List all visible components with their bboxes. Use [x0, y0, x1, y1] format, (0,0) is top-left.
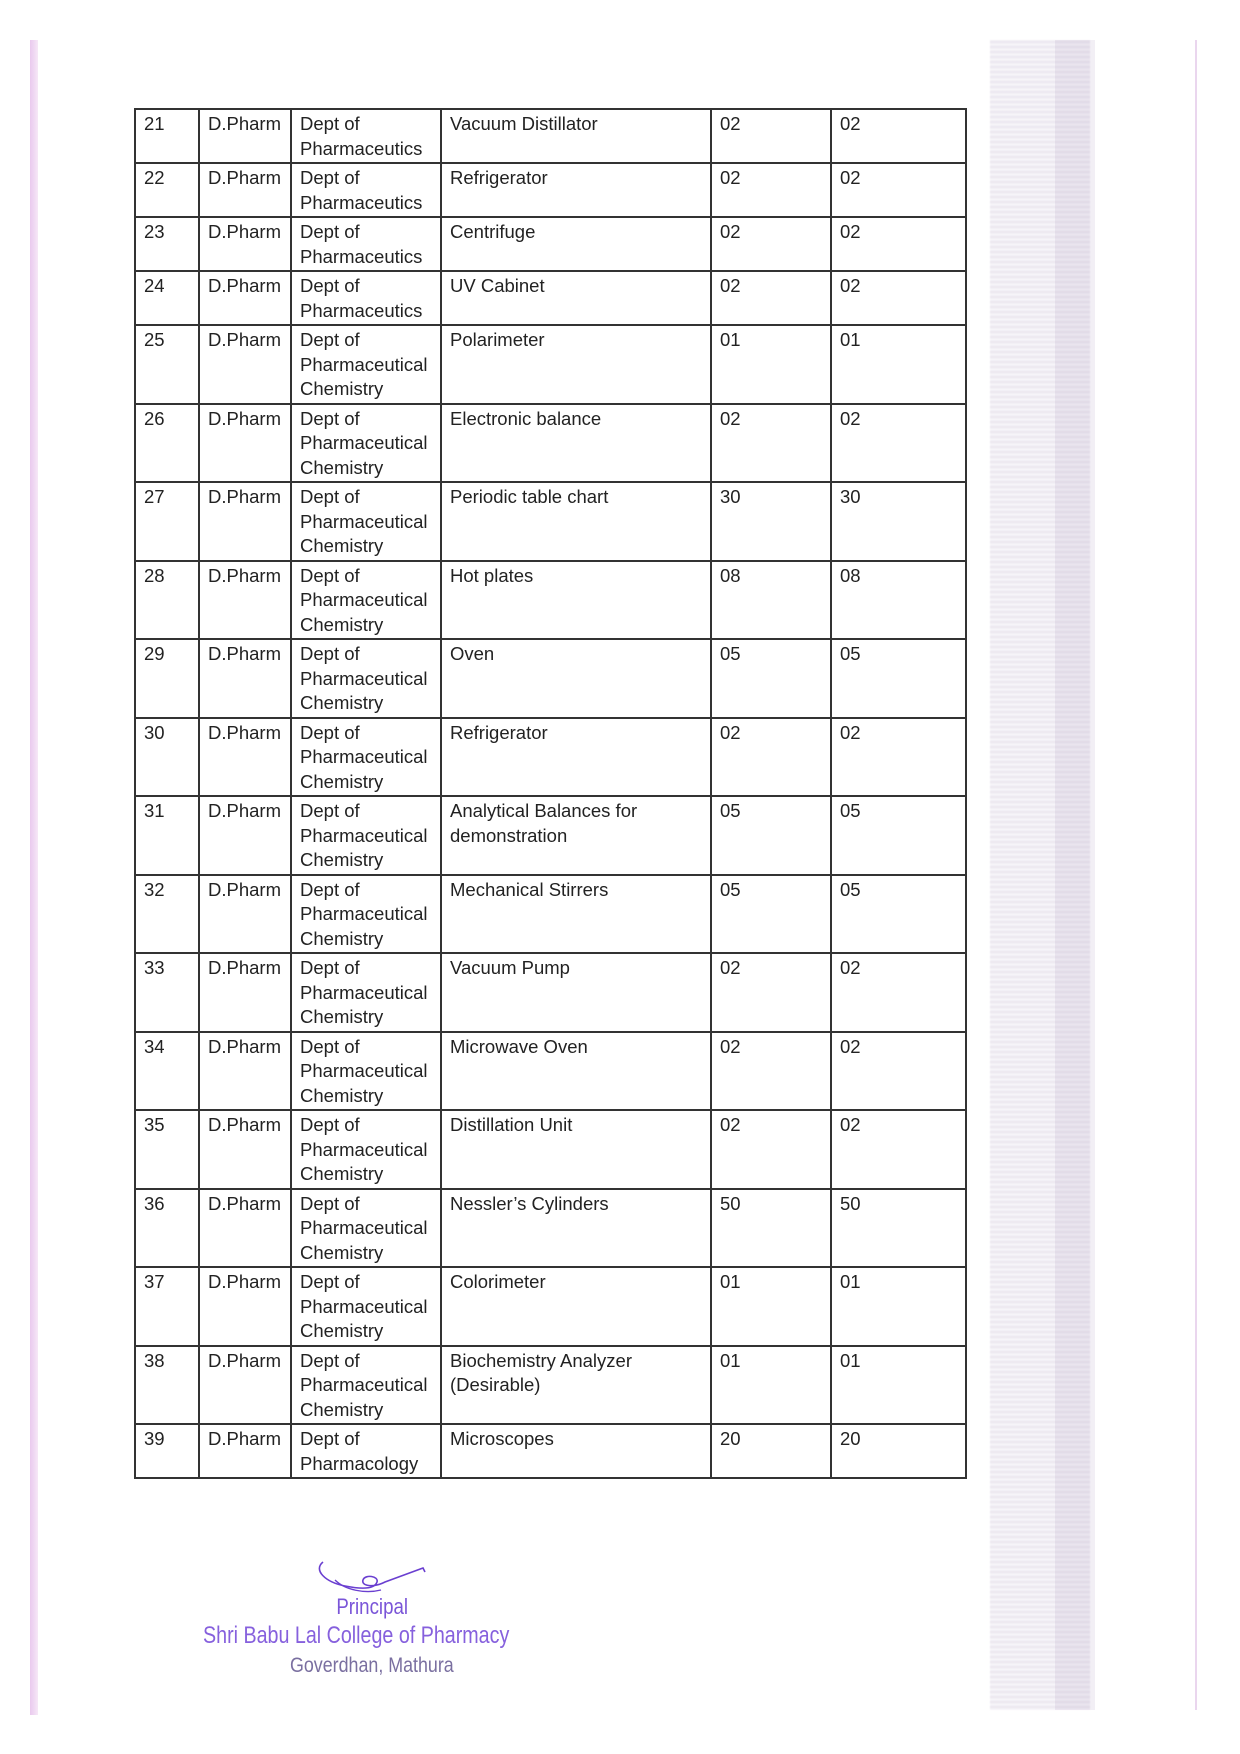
- cell-serial-no: 34: [135, 1032, 199, 1111]
- table-row: 28D.PharmDept ofPharmaceuticalChemistryH…: [135, 561, 966, 640]
- cell-course: D.Pharm: [199, 875, 291, 954]
- cell-department: Dept ofPharmacology: [291, 1424, 441, 1478]
- cell-equipment-name-text: demonstration: [450, 824, 702, 849]
- cell-equipment-name-text: Electronic balance: [450, 407, 702, 432]
- cell-available-qty-text: 02: [840, 1035, 957, 1060]
- cell-department-text: Pharmaceutical: [300, 902, 432, 927]
- cell-serial-no-text: 21: [144, 112, 190, 137]
- cell-required-qty: 20: [711, 1424, 831, 1478]
- cell-equipment-name-text: Microscopes: [450, 1427, 702, 1452]
- cell-equipment-name: Mechanical Stirrers: [441, 875, 711, 954]
- cell-department: Dept ofPharmaceuticalChemistry: [291, 325, 441, 404]
- scan-page-edge-left: [30, 40, 38, 1715]
- cell-department-text: Dept of: [300, 166, 432, 191]
- cell-department: Dept ofPharmaceutics: [291, 217, 441, 271]
- cell-course: D.Pharm: [199, 1032, 291, 1111]
- cell-course: D.Pharm: [199, 639, 291, 718]
- cell-course: D.Pharm: [199, 718, 291, 797]
- cell-required-qty-text: 05: [720, 799, 822, 824]
- cell-department-text: Pharmaceutical: [300, 745, 432, 770]
- cell-department-text: Dept of: [300, 328, 432, 353]
- table-row: 31D.PharmDept ofPharmaceuticalChemistryA…: [135, 796, 966, 875]
- cell-department: Dept ofPharmaceuticalChemistry: [291, 1189, 441, 1268]
- cell-course-text: D.Pharm: [208, 407, 282, 432]
- table-row: 30D.PharmDept ofPharmaceuticalChemistryR…: [135, 718, 966, 797]
- cell-required-qty-text: 01: [720, 328, 822, 353]
- cell-department: Dept ofPharmaceutics: [291, 109, 441, 163]
- cell-equipment-name: Distillation Unit: [441, 1110, 711, 1189]
- table-row: 33D.PharmDept ofPharmaceuticalChemistryV…: [135, 953, 966, 1032]
- table-row: 38D.PharmDept ofPharmaceuticalChemistryB…: [135, 1346, 966, 1425]
- cell-equipment-name: Microwave Oven: [441, 1032, 711, 1111]
- cell-department: Dept ofPharmaceuticalChemistry: [291, 404, 441, 483]
- cell-department: Dept ofPharmaceuticalChemistry: [291, 718, 441, 797]
- cell-department-text: Chemistry: [300, 848, 432, 873]
- cell-department-text: Dept of: [300, 112, 432, 137]
- cell-course-text: D.Pharm: [208, 721, 282, 746]
- cell-department-text: Dept of: [300, 1113, 432, 1138]
- scan-page-edge-right: [1195, 40, 1197, 1710]
- cell-equipment-name: Colorimeter: [441, 1267, 711, 1346]
- cell-serial-no: 37: [135, 1267, 199, 1346]
- cell-available-qty-text: 02: [840, 956, 957, 981]
- cell-serial-no: 23: [135, 217, 199, 271]
- cell-department-text: Pharmaceutical: [300, 1373, 432, 1398]
- cell-equipment-name-text: Polarimeter: [450, 328, 702, 353]
- cell-department-text: Dept of: [300, 1427, 432, 1452]
- cell-available-qty: 01: [831, 1346, 966, 1425]
- cell-serial-no: 21: [135, 109, 199, 163]
- cell-available-qty-text: 05: [840, 799, 957, 824]
- cell-required-qty: 30: [711, 482, 831, 561]
- cell-required-qty: 01: [711, 325, 831, 404]
- cell-department: Dept ofPharmaceuticalChemistry: [291, 482, 441, 561]
- cell-required-qty: 02: [711, 271, 831, 325]
- cell-serial-no: 31: [135, 796, 199, 875]
- cell-serial-no: 24: [135, 271, 199, 325]
- cell-required-qty-text: 02: [720, 721, 822, 746]
- cell-department-text: Chemistry: [300, 377, 432, 402]
- cell-department-text: Pharmaceutics: [300, 137, 432, 162]
- cell-serial-no-text: 38: [144, 1349, 190, 1374]
- cell-equipment-name: Electronic balance: [441, 404, 711, 483]
- cell-equipment-name-text: Vacuum Pump: [450, 956, 702, 981]
- cell-required-qty-text: 02: [720, 166, 822, 191]
- cell-equipment-name-text: Vacuum Distillator: [450, 112, 702, 137]
- cell-required-qty-text: 02: [720, 274, 822, 299]
- cell-required-qty: 02: [711, 718, 831, 797]
- equipment-table-body: 21D.PharmDept ofPharmaceuticsVacuum Dist…: [135, 109, 966, 1478]
- cell-available-qty-text: 05: [840, 878, 957, 903]
- cell-department-text: Chemistry: [300, 456, 432, 481]
- cell-equipment-name: UV Cabinet: [441, 271, 711, 325]
- cell-course: D.Pharm: [199, 1110, 291, 1189]
- cell-department-text: Dept of: [300, 564, 432, 589]
- cell-department-text: Dept of: [300, 799, 432, 824]
- cell-serial-no-text: 37: [144, 1270, 190, 1295]
- cell-department-text: Dept of: [300, 642, 432, 667]
- cell-equipment-name: Nessler’s Cylinders: [441, 1189, 711, 1268]
- cell-required-qty: 02: [711, 163, 831, 217]
- cell-course-text: D.Pharm: [208, 485, 282, 510]
- cell-serial-no-text: 26: [144, 407, 190, 432]
- cell-department-text: Dept of: [300, 1349, 432, 1374]
- cell-available-qty: 01: [831, 325, 966, 404]
- cell-serial-no: 25: [135, 325, 199, 404]
- cell-department-text: Pharmaceutical: [300, 1138, 432, 1163]
- table-row: 35D.PharmDept ofPharmaceuticalChemistryD…: [135, 1110, 966, 1189]
- cell-available-qty: 02: [831, 718, 966, 797]
- table-row: 27D.PharmDept ofPharmaceuticalChemistryP…: [135, 482, 966, 561]
- cell-course: D.Pharm: [199, 163, 291, 217]
- cell-department-text: Pharmaceutical: [300, 981, 432, 1006]
- cell-department-text: Pharmaceutics: [300, 191, 432, 216]
- cell-serial-no: 33: [135, 953, 199, 1032]
- cell-serial-no-text: 34: [144, 1035, 190, 1060]
- table-row: 24D.PharmDept ofPharmaceuticsUV Cabinet0…: [135, 271, 966, 325]
- cell-department-text: Pharmacology: [300, 1452, 432, 1477]
- cell-equipment-name: Refrigerator: [441, 163, 711, 217]
- cell-available-qty: 20: [831, 1424, 966, 1478]
- cell-serial-no: 36: [135, 1189, 199, 1268]
- cell-equipment-name-text: Analytical Balances for: [450, 799, 702, 824]
- cell-equipment-name-text: UV Cabinet: [450, 274, 702, 299]
- cell-required-qty: 02: [711, 953, 831, 1032]
- cell-equipment-name-text: Nessler’s Cylinders: [450, 1192, 702, 1217]
- cell-available-qty: 30: [831, 482, 966, 561]
- cell-department: Dept ofPharmaceutics: [291, 163, 441, 217]
- cell-available-qty-text: 02: [840, 407, 957, 432]
- cell-course: D.Pharm: [199, 1424, 291, 1478]
- cell-department-text: Pharmaceutics: [300, 299, 432, 324]
- table-row: 26D.PharmDept ofPharmaceuticalChemistryE…: [135, 404, 966, 483]
- cell-equipment-name-text: Biochemistry Analyzer: [450, 1349, 702, 1374]
- cell-course: D.Pharm: [199, 271, 291, 325]
- cell-available-qty: 02: [831, 109, 966, 163]
- cell-serial-no-text: 36: [144, 1192, 190, 1217]
- cell-department-text: Dept of: [300, 956, 432, 981]
- cell-department-text: Chemistry: [300, 1084, 432, 1109]
- cell-required-qty-text: 02: [720, 112, 822, 137]
- cell-course-text: D.Pharm: [208, 220, 282, 245]
- cell-course-text: D.Pharm: [208, 1270, 282, 1295]
- cell-available-qty: 02: [831, 404, 966, 483]
- cell-department-text: Chemistry: [300, 1162, 432, 1187]
- cell-required-qty: 01: [711, 1267, 831, 1346]
- cell-course-text: D.Pharm: [208, 1035, 282, 1060]
- cell-serial-no-text: 28: [144, 564, 190, 589]
- cell-equipment-name: Centrifuge: [441, 217, 711, 271]
- cell-department: Dept ofPharmaceuticalChemistry: [291, 1032, 441, 1111]
- cell-department: Dept ofPharmaceuticalChemistry: [291, 1346, 441, 1425]
- cell-department-text: Chemistry: [300, 1241, 432, 1266]
- cell-department: Dept ofPharmaceuticalChemistry: [291, 639, 441, 718]
- scan-artifact-band: [1055, 40, 1095, 1710]
- cell-available-qty-text: 02: [840, 721, 957, 746]
- cell-course-text: D.Pharm: [208, 1192, 282, 1217]
- cell-available-qty: 02: [831, 217, 966, 271]
- cell-available-qty: 08: [831, 561, 966, 640]
- cell-department: Dept ofPharmaceutics: [291, 271, 441, 325]
- cell-course-text: D.Pharm: [208, 799, 282, 824]
- cell-serial-no: 39: [135, 1424, 199, 1478]
- cell-course: D.Pharm: [199, 482, 291, 561]
- cell-equipment-name-text: Oven: [450, 642, 702, 667]
- cell-available-qty-text: 08: [840, 564, 957, 589]
- cell-department-text: Pharmaceutical: [300, 1216, 432, 1241]
- cell-department: Dept ofPharmaceuticalChemistry: [291, 1267, 441, 1346]
- cell-serial-no-text: 35: [144, 1113, 190, 1138]
- cell-available-qty-text: 05: [840, 642, 957, 667]
- cell-serial-no-text: 33: [144, 956, 190, 981]
- cell-available-qty: 02: [831, 163, 966, 217]
- cell-equipment-name: Vacuum Distillator: [441, 109, 711, 163]
- cell-required-qty-text: 20: [720, 1427, 822, 1452]
- cell-available-qty-text: 02: [840, 112, 957, 137]
- cell-department-text: Pharmaceutical: [300, 824, 432, 849]
- cell-course: D.Pharm: [199, 1189, 291, 1268]
- cell-department-text: Pharmaceutical: [300, 1059, 432, 1084]
- cell-department: Dept ofPharmaceuticalChemistry: [291, 875, 441, 954]
- cell-serial-no-text: 22: [144, 166, 190, 191]
- cell-course-text: D.Pharm: [208, 564, 282, 589]
- cell-available-qty: 02: [831, 271, 966, 325]
- cell-required-qty: 08: [711, 561, 831, 640]
- cell-available-qty-text: 01: [840, 328, 957, 353]
- cell-available-qty: 05: [831, 875, 966, 954]
- cell-equipment-name: Analytical Balances fordemonstration: [441, 796, 711, 875]
- cell-course: D.Pharm: [199, 561, 291, 640]
- cell-equipment-name-text: Periodic table chart: [450, 485, 702, 510]
- table-row: 21D.PharmDept ofPharmaceuticsVacuum Dist…: [135, 109, 966, 163]
- cell-serial-no-text: 29: [144, 642, 190, 667]
- cell-available-qty-text: 30: [840, 485, 957, 510]
- cell-equipment-name-text: (Desirable): [450, 1373, 702, 1398]
- cell-department: Dept ofPharmaceuticalChemistry: [291, 561, 441, 640]
- cell-serial-no: 27: [135, 482, 199, 561]
- cell-required-qty-text: 02: [720, 220, 822, 245]
- cell-equipment-name: Hot plates: [441, 561, 711, 640]
- cell-required-qty-text: 02: [720, 1035, 822, 1060]
- cell-equipment-name: Microscopes: [441, 1424, 711, 1478]
- cell-available-qty-text: 20: [840, 1427, 957, 1452]
- cell-equipment-name: Refrigerator: [441, 718, 711, 797]
- cell-course-text: D.Pharm: [208, 878, 282, 903]
- cell-required-qty: 02: [711, 109, 831, 163]
- cell-required-qty-text: 30: [720, 485, 822, 510]
- cell-department-text: Dept of: [300, 485, 432, 510]
- table-row: 34D.PharmDept ofPharmaceuticalChemistryM…: [135, 1032, 966, 1111]
- cell-course-text: D.Pharm: [208, 1427, 282, 1452]
- cell-equipment-name-text: Centrifuge: [450, 220, 702, 245]
- table-row: 23D.PharmDept ofPharmaceuticsCentrifuge0…: [135, 217, 966, 271]
- cell-department-text: Pharmaceutical: [300, 431, 432, 456]
- cell-course: D.Pharm: [199, 109, 291, 163]
- cell-required-qty-text: 02: [720, 407, 822, 432]
- table-row: 25D.PharmDept ofPharmaceuticalChemistryP…: [135, 325, 966, 404]
- cell-required-qty-text: 01: [720, 1349, 822, 1374]
- cell-serial-no: 32: [135, 875, 199, 954]
- cell-serial-no-text: 24: [144, 274, 190, 299]
- cell-equipment-name-text: Refrigerator: [450, 166, 702, 191]
- cell-department-text: Chemistry: [300, 1005, 432, 1030]
- cell-course: D.Pharm: [199, 796, 291, 875]
- cell-equipment-name-text: Mechanical Stirrers: [450, 878, 702, 903]
- cell-required-qty: 01: [711, 1346, 831, 1425]
- cell-available-qty-text: 02: [840, 220, 957, 245]
- cell-available-qty: 05: [831, 796, 966, 875]
- table-row: 36D.PharmDept ofPharmaceuticalChemistryN…: [135, 1189, 966, 1268]
- cell-department-text: Pharmaceutics: [300, 245, 432, 270]
- cell-department: Dept ofPharmaceuticalChemistry: [291, 1110, 441, 1189]
- cell-department-text: Dept of: [300, 878, 432, 903]
- cell-serial-no: 38: [135, 1346, 199, 1425]
- cell-department-text: Dept of: [300, 1035, 432, 1060]
- cell-serial-no: 29: [135, 639, 199, 718]
- cell-equipment-name: Oven: [441, 639, 711, 718]
- cell-serial-no: 35: [135, 1110, 199, 1189]
- cell-equipment-name-text: Refrigerator: [450, 721, 702, 746]
- cell-available-qty-text: 02: [840, 1113, 957, 1138]
- cell-serial-no-text: 27: [144, 485, 190, 510]
- cell-equipment-name: Periodic table chart: [441, 482, 711, 561]
- cell-department: Dept ofPharmaceuticalChemistry: [291, 796, 441, 875]
- cell-serial-no-text: 23: [144, 220, 190, 245]
- cell-required-qty-text: 05: [720, 642, 822, 667]
- cell-department-text: Chemistry: [300, 770, 432, 795]
- cell-required-qty-text: 02: [720, 1113, 822, 1138]
- cell-serial-no-text: 39: [144, 1427, 190, 1452]
- cell-department-text: Chemistry: [300, 691, 432, 716]
- cell-required-qty-text: 05: [720, 878, 822, 903]
- cell-serial-no-text: 32: [144, 878, 190, 903]
- cell-available-qty: 50: [831, 1189, 966, 1268]
- cell-course-text: D.Pharm: [208, 274, 282, 299]
- cell-required-qty-text: 08: [720, 564, 822, 589]
- cell-course: D.Pharm: [199, 217, 291, 271]
- cell-course: D.Pharm: [199, 953, 291, 1032]
- cell-course: D.Pharm: [199, 404, 291, 483]
- cell-required-qty: 05: [711, 639, 831, 718]
- cell-department-text: Chemistry: [300, 1319, 432, 1344]
- cell-available-qty-text: 01: [840, 1270, 957, 1295]
- cell-equipment-name: Polarimeter: [441, 325, 711, 404]
- stamp-place: Goverdhan, Mathura: [290, 1654, 454, 1678]
- cell-available-qty-text: 01: [840, 1349, 957, 1374]
- cell-required-qty-text: 01: [720, 1270, 822, 1295]
- cell-available-qty: 05: [831, 639, 966, 718]
- cell-equipment-name-text: Hot plates: [450, 564, 702, 589]
- stamp-college-name: Shri Babu Lal College of Pharmacy: [203, 1622, 509, 1650]
- table-row: 29D.PharmDept ofPharmaceuticalChemistryO…: [135, 639, 966, 718]
- cell-course-text: D.Pharm: [208, 1113, 282, 1138]
- cell-department-text: Dept of: [300, 721, 432, 746]
- equipment-table: 21D.PharmDept ofPharmaceuticsVacuum Dist…: [134, 108, 967, 1479]
- cell-course: D.Pharm: [199, 1267, 291, 1346]
- cell-course-text: D.Pharm: [208, 642, 282, 667]
- cell-equipment-name-text: Microwave Oven: [450, 1035, 702, 1060]
- cell-required-qty: 05: [711, 875, 831, 954]
- cell-available-qty: 02: [831, 1032, 966, 1111]
- cell-equipment-name-text: Colorimeter: [450, 1270, 702, 1295]
- table-row: 39D.PharmDept ofPharmacologyMicroscopes2…: [135, 1424, 966, 1478]
- cell-department-text: Pharmaceutical: [300, 588, 432, 613]
- cell-available-qty: 02: [831, 1110, 966, 1189]
- cell-serial-no: 28: [135, 561, 199, 640]
- cell-available-qty-text: 02: [840, 166, 957, 191]
- cell-required-qty: 05: [711, 796, 831, 875]
- cell-department-text: Pharmaceutical: [300, 1295, 432, 1320]
- cell-serial-no-text: 31: [144, 799, 190, 824]
- cell-required-qty: 02: [711, 1032, 831, 1111]
- cell-serial-no: 30: [135, 718, 199, 797]
- cell-equipment-name-text: Distillation Unit: [450, 1113, 702, 1138]
- cell-equipment-name: Vacuum Pump: [441, 953, 711, 1032]
- cell-course-text: D.Pharm: [208, 956, 282, 981]
- cell-department-text: Pharmaceutical: [300, 667, 432, 692]
- table-row: 32D.PharmDept ofPharmaceuticalChemistryM…: [135, 875, 966, 954]
- cell-department-text: Dept of: [300, 274, 432, 299]
- cell-course-text: D.Pharm: [208, 328, 282, 353]
- cell-department-text: Dept of: [300, 407, 432, 432]
- cell-department-text: Dept of: [300, 220, 432, 245]
- cell-required-qty: 02: [711, 404, 831, 483]
- cell-department: Dept ofPharmaceuticalChemistry: [291, 953, 441, 1032]
- cell-serial-no-text: 30: [144, 721, 190, 746]
- table-row: 37D.PharmDept ofPharmaceuticalChemistryC…: [135, 1267, 966, 1346]
- cell-course-text: D.Pharm: [208, 112, 282, 137]
- cell-available-qty: 01: [831, 1267, 966, 1346]
- cell-serial-no-text: 25: [144, 328, 190, 353]
- cell-department-text: Chemistry: [300, 1398, 432, 1423]
- cell-department-text: Pharmaceutical: [300, 353, 432, 378]
- cell-serial-no: 26: [135, 404, 199, 483]
- cell-course: D.Pharm: [199, 325, 291, 404]
- cell-required-qty: 02: [711, 1110, 831, 1189]
- cell-department-text: Dept of: [300, 1270, 432, 1295]
- cell-department-text: Dept of: [300, 1192, 432, 1217]
- cell-course: D.Pharm: [199, 1346, 291, 1425]
- cell-department-text: Chemistry: [300, 534, 432, 559]
- cell-available-qty-text: 50: [840, 1192, 957, 1217]
- cell-required-qty-text: 50: [720, 1192, 822, 1217]
- cell-course-text: D.Pharm: [208, 166, 282, 191]
- cell-department-text: Chemistry: [300, 613, 432, 638]
- stamp-title: Principal: [336, 1594, 408, 1620]
- cell-available-qty: 02: [831, 953, 966, 1032]
- cell-required-qty: 02: [711, 217, 831, 271]
- cell-available-qty-text: 02: [840, 274, 957, 299]
- cell-equipment-name: Biochemistry Analyzer(Desirable): [441, 1346, 711, 1425]
- table-row: 22D.PharmDept ofPharmaceuticsRefrigerato…: [135, 163, 966, 217]
- cell-required-qty-text: 02: [720, 956, 822, 981]
- cell-serial-no: 22: [135, 163, 199, 217]
- cell-department-text: Pharmaceutical: [300, 510, 432, 535]
- cell-course-text: D.Pharm: [208, 1349, 282, 1374]
- cell-department-text: Chemistry: [300, 927, 432, 952]
- cell-required-qty: 50: [711, 1189, 831, 1268]
